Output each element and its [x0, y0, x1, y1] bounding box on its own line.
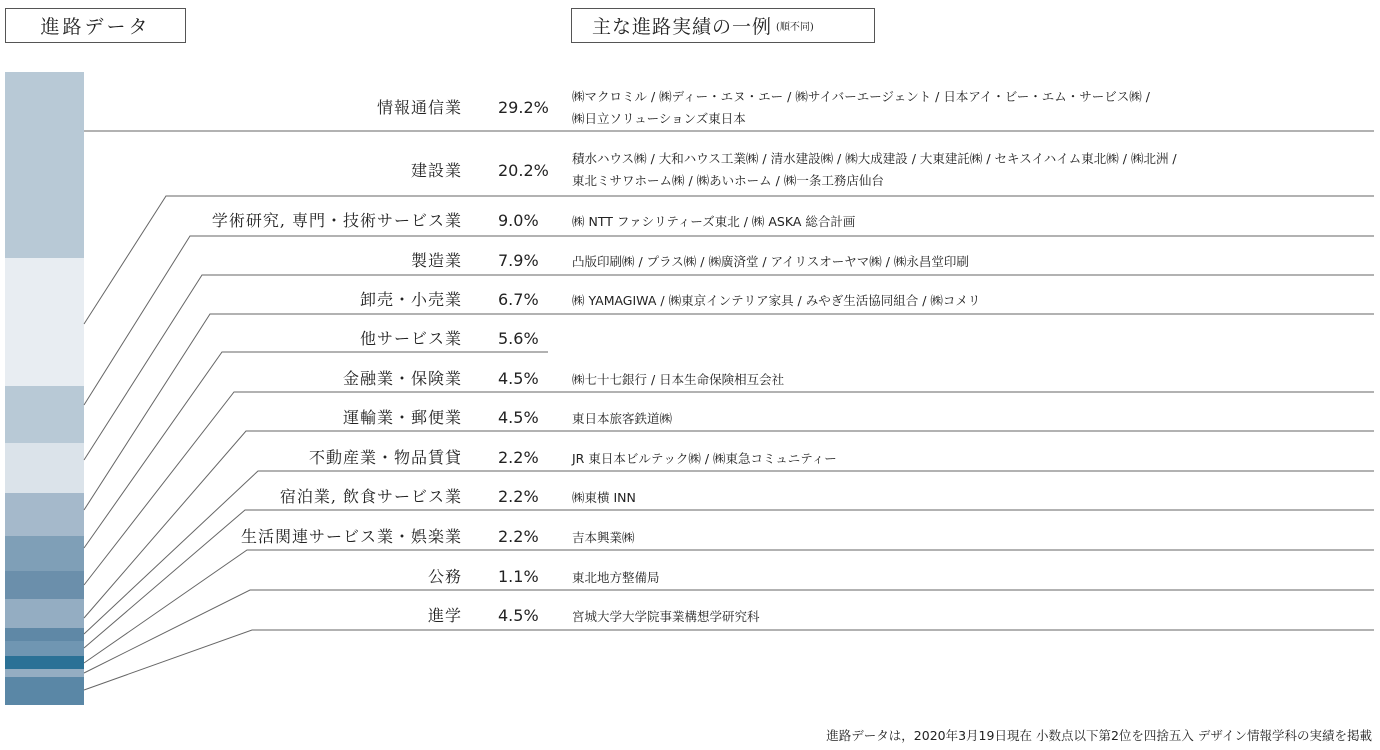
- connector-line: [84, 590, 1374, 673]
- career-example-text: ㈱七十七銀行 / 日本生命保険相互会社: [572, 369, 784, 391]
- category-percent: 2.2%: [498, 527, 539, 547]
- category-label: 製造業: [411, 251, 462, 271]
- category-percent: 6.7%: [498, 290, 539, 310]
- career-example-text: 吉本興業㈱: [572, 527, 635, 549]
- category-label: 卸売・小売業: [360, 290, 462, 310]
- footnote: 進路データは，2020年3月19日現在 小数点以下第2位を四捨五入 デザイン情報…: [826, 726, 1372, 744]
- category-label: 宿泊業, 飲食サービス業: [280, 487, 462, 507]
- category-label: 不動産業・物品賃貸: [309, 448, 462, 468]
- category-label: 学術研究, 専門・技術サービス業: [212, 211, 462, 231]
- category-percent: 9.0%: [498, 211, 539, 231]
- category-percent: 4.5%: [498, 369, 539, 389]
- career-example-text: 凸版印刷㈱ / プラス㈱ / ㈱廣済堂 / アイリスオーヤマ㈱ / ㈱永昌堂印刷: [572, 251, 969, 273]
- category-percent: 4.5%: [498, 408, 539, 428]
- category-label: 進学: [428, 606, 462, 626]
- category-label: 生活関連サービス業・娯楽業: [241, 527, 462, 547]
- category-label: 公務: [428, 567, 462, 587]
- career-example-text: 宮城大学大学院事業構想学研究科: [572, 606, 760, 628]
- category-percent: 2.2%: [498, 487, 539, 507]
- category-percent: 29.2%: [498, 98, 549, 118]
- career-example-text: 積水ハウス㈱ / 大和ハウス工業㈱ / 清水建設㈱ / ㈱大成建設 / 大東建託…: [572, 148, 1177, 170]
- category-percent: 4.5%: [498, 606, 539, 626]
- category-label: 運輸業・郵便業: [343, 408, 462, 428]
- category-percent: 5.6%: [498, 329, 539, 349]
- career-example-text: ㈱ NTT ファシリティーズ東北 / ㈱ ASKA 総合計画: [572, 211, 855, 233]
- category-label: 建設業: [411, 161, 462, 181]
- category-label: 金融業・保険業: [343, 369, 462, 389]
- category-percent: 20.2%: [498, 161, 549, 181]
- career-example-text: ㈱ YAMAGIWA / ㈱東京インテリア家具 / みやぎ生活協同組合 / ㈱コ…: [572, 290, 980, 312]
- career-example-text: ㈱マクロミル / ㈱ディー・エヌ・エー / ㈱サイバーエージェント / 日本アイ…: [572, 86, 1150, 108]
- career-example-text: 東日本旅客鉄道㈱: [572, 408, 672, 430]
- career-example-text: 東北地方整備局: [572, 567, 660, 589]
- category-percent: 2.2%: [498, 448, 539, 468]
- career-example-text: JR 東日本ビルテック㈱ / ㈱東急コミュニティー: [572, 448, 837, 470]
- connector-line: [84, 392, 1374, 585]
- category-percent: 7.9%: [498, 251, 539, 271]
- career-example-text: ㈱東横 INN: [572, 487, 636, 509]
- connector-line: [84, 314, 1374, 510]
- category-label: 他サービス業: [360, 329, 462, 349]
- category-label: 情報通信業: [377, 98, 462, 118]
- career-example-text: ㈱日立ソリューションズ東日本: [572, 108, 746, 130]
- connector-line: [84, 630, 1374, 690]
- category-percent: 1.1%: [498, 567, 539, 587]
- career-example-text: 東北ミサワホーム㈱ / ㈱あいホーム / ㈱一条工務店仙台: [572, 170, 884, 192]
